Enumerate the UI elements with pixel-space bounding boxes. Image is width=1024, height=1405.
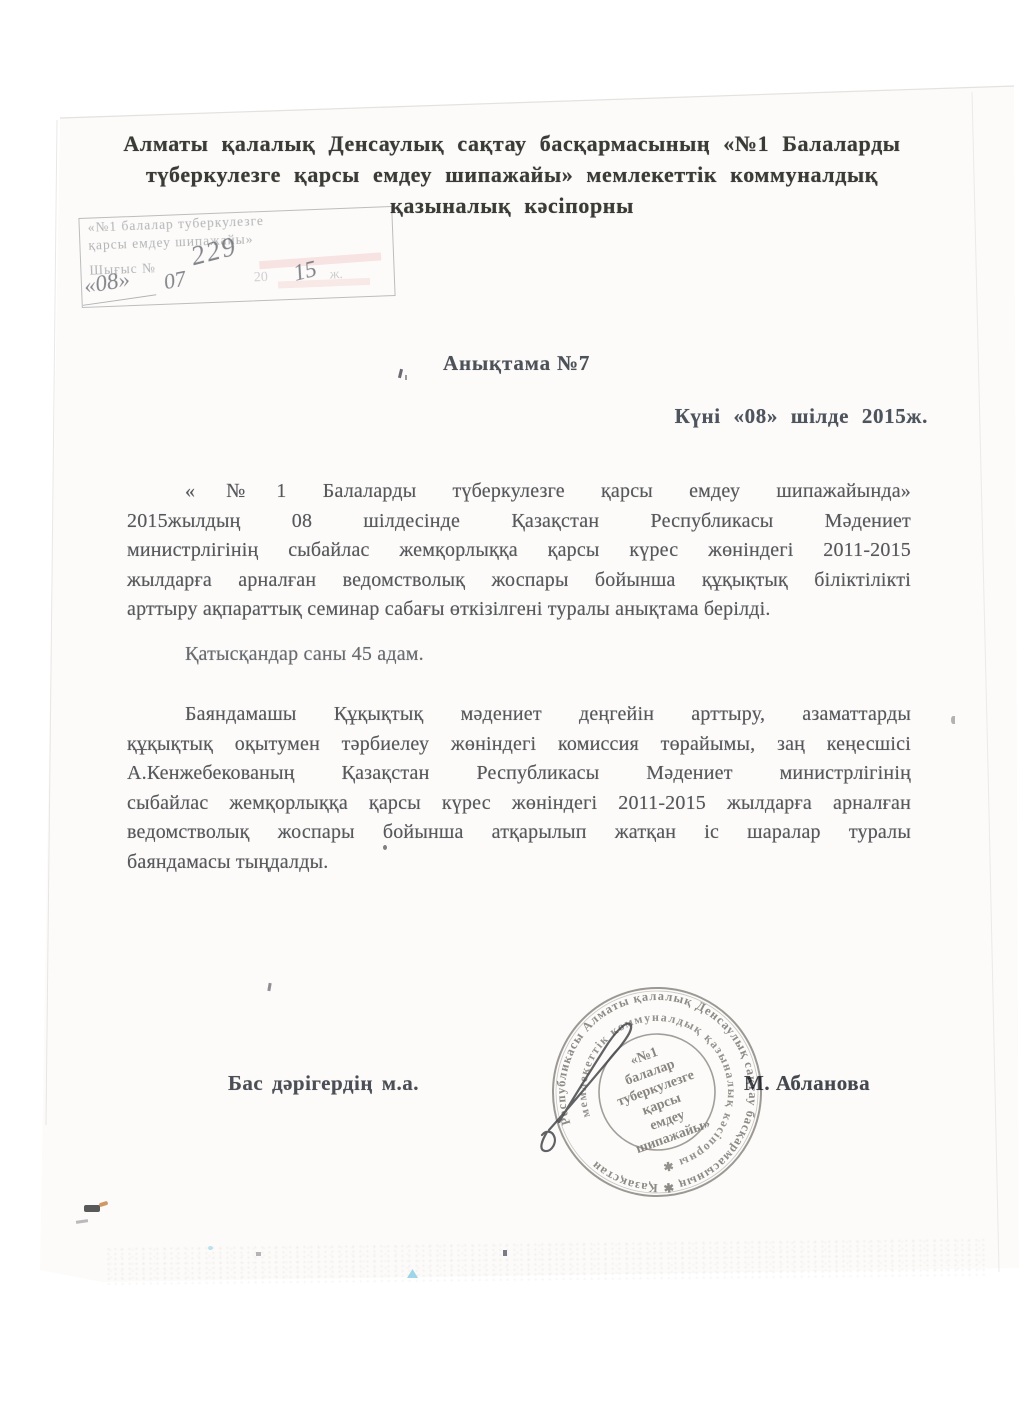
- registration-stamp: «№1 балалар туберкулезге қарсы емдеу шип…: [78, 206, 395, 308]
- scan-speck: [383, 845, 387, 850]
- round-seal: Республикасы Алматы қалалық Денсаулық са…: [535, 970, 779, 1214]
- text-line: құқықтық оқытумен тәрбиелеу жөніндегі ко…: [127, 730, 911, 760]
- scan-speck: [503, 1250, 507, 1256]
- date-line: Күні «08» шілде 2015ж.: [675, 404, 928, 429]
- text-line: А.Кенжебекованың Қазақстан Республикасы …: [127, 759, 911, 789]
- stamp-pink-mark: [278, 278, 370, 289]
- stamp-year-suffix: ж.: [329, 267, 343, 283]
- paragraph-2: Баяндамашы Құқықтық мәдениет деңгейін ар…: [127, 700, 911, 877]
- org-header: Алматы қалалық Денсаулық сақтау басқарма…: [90, 128, 934, 221]
- signatory-position: Бас дәрігердің м.а.: [228, 1071, 419, 1096]
- participants-text: Қатысқандар саны 45 адам.: [127, 640, 911, 670]
- cyan-speck: [208, 1246, 213, 1250]
- participants-line: Қатысқандар саны 45 адам.: [127, 640, 911, 670]
- text-line: 2015жылдың 08 шілдесінде Қазақстан Респу…: [127, 507, 911, 537]
- paragraph-1: «№1 Балаларды түберкулезге қарсы емдеу ш…: [127, 477, 911, 625]
- scan-speck: [951, 716, 955, 724]
- text-line: арттыру ақпараттық семинар сабағы өткізі…: [127, 595, 911, 625]
- text-line: Алматы қалалық Денсаулық сақтау басқарма…: [90, 128, 934, 159]
- text-line: түберкулезге қарсы емдеу шипажайы» мемле…: [90, 159, 934, 190]
- text-line: жылдарға арналған ведомстволық жоспары б…: [127, 566, 911, 596]
- text-line: Баяндамашы Құқықтық мәдениет деңгейін ар…: [127, 700, 911, 730]
- text-line: министрлігінің сыбайлас жемқорлыққа қарс…: [127, 536, 911, 566]
- scan-speck: [405, 375, 407, 380]
- text-line: сыбайлас жемқорлыққа қарсы күрес жөнінде…: [127, 789, 911, 819]
- document-title: Анықтама №7: [443, 351, 590, 376]
- pencil-mark: [84, 1205, 100, 1212]
- scanned-document-page: Алматы қалалық Денсаулық сақтау басқарма…: [0, 0, 1024, 1405]
- stamp-pink-mark: [259, 252, 381, 269]
- stamp-year-print: 20: [254, 270, 269, 287]
- text-line: ведомстволық жоспары бойынша атқарылып ж…: [127, 818, 911, 848]
- handwritten-month: 07: [162, 266, 189, 296]
- seal-center-text: «№1 балалар туберкулезге қарсы емдеу шип…: [604, 1036, 714, 1158]
- text-line: «№1 Балаларды түберкулезге қарсы емдеу ш…: [127, 477, 911, 507]
- text-line: баяндамасы тыңдалды.: [127, 848, 911, 878]
- scan-speck: [256, 1252, 261, 1256]
